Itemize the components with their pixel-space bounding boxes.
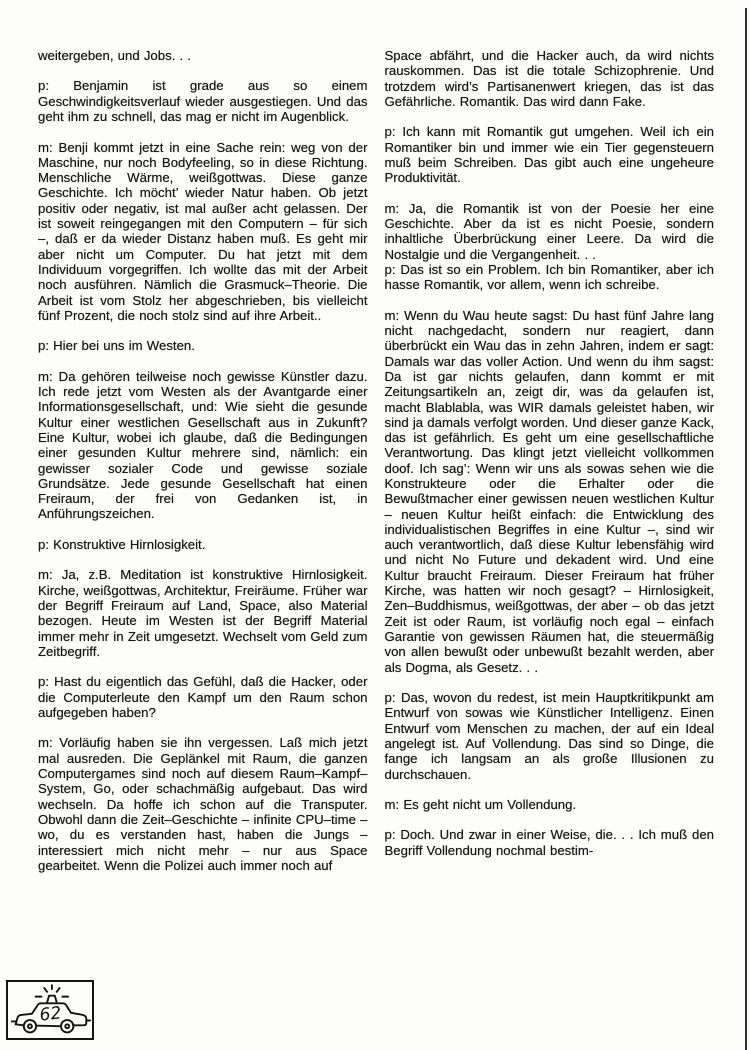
paragraph: p: Hast du eigentlich das Gefühl, daß di…: [38, 674, 368, 720]
paragraph: m: Es geht nicht um Vollendung.: [385, 797, 715, 812]
page-edge-rule: [745, 8, 747, 1050]
paragraph: weitergeben, und Jobs. . .: [38, 48, 368, 63]
paragraph: Space abfährt, und die Hacker auch, da w…: [385, 48, 715, 109]
paragraph: p: Konstruktive Hirnlosigkeit.: [38, 537, 368, 552]
siren-light: [47, 996, 57, 1003]
text-column-left: weitergeben, und Jobs. . .p: Benjamin is…: [38, 48, 368, 888]
scanned-magazine-page: weitergeben, und Jobs. . .p: Benjamin is…: [0, 0, 750, 1050]
two-column-text-block: weitergeben, und Jobs. . .p: Benjamin is…: [38, 48, 714, 888]
paragraph: p: Das, wovon du redest, ist mein Hauptk…: [385, 690, 715, 782]
page-number: 62: [38, 1003, 62, 1026]
paragraph: m: Benji kommt jetzt in eine Sache rein:…: [38, 140, 368, 324]
paragraph: p: Hier bei uns im Westen.: [38, 338, 368, 353]
text-column-right: Space abfährt, und die Hacker auch, da w…: [385, 48, 715, 888]
paragraph: m: Vorläufig haben sie ihn vergessen. La…: [38, 735, 368, 873]
paragraph: m: Ja, z.B. Meditation ist konstruktive …: [38, 567, 368, 659]
police-car-icon: 62: [8, 982, 92, 1038]
paragraph: p: Das ist so ein Problem. Ich bin Roman…: [385, 262, 715, 293]
paragraph: m: Da gehören teilweise noch gewisse Kün…: [38, 369, 368, 522]
page-number-box: 62: [6, 980, 94, 1040]
paragraph: p: Benjamin ist grade aus so einem Gesch…: [38, 78, 368, 124]
paragraph: p: Ich kann mit Romantik gut umgehen. We…: [385, 124, 715, 185]
paragraph: m: Wenn du Wau heute sagst: Du hast fünf…: [385, 308, 715, 675]
paragraph: m: Ja, die Romantik ist von der Poesie h…: [385, 201, 715, 262]
paragraph: p: Doch. Und zwar in einer Weise, die. .…: [385, 827, 715, 858]
